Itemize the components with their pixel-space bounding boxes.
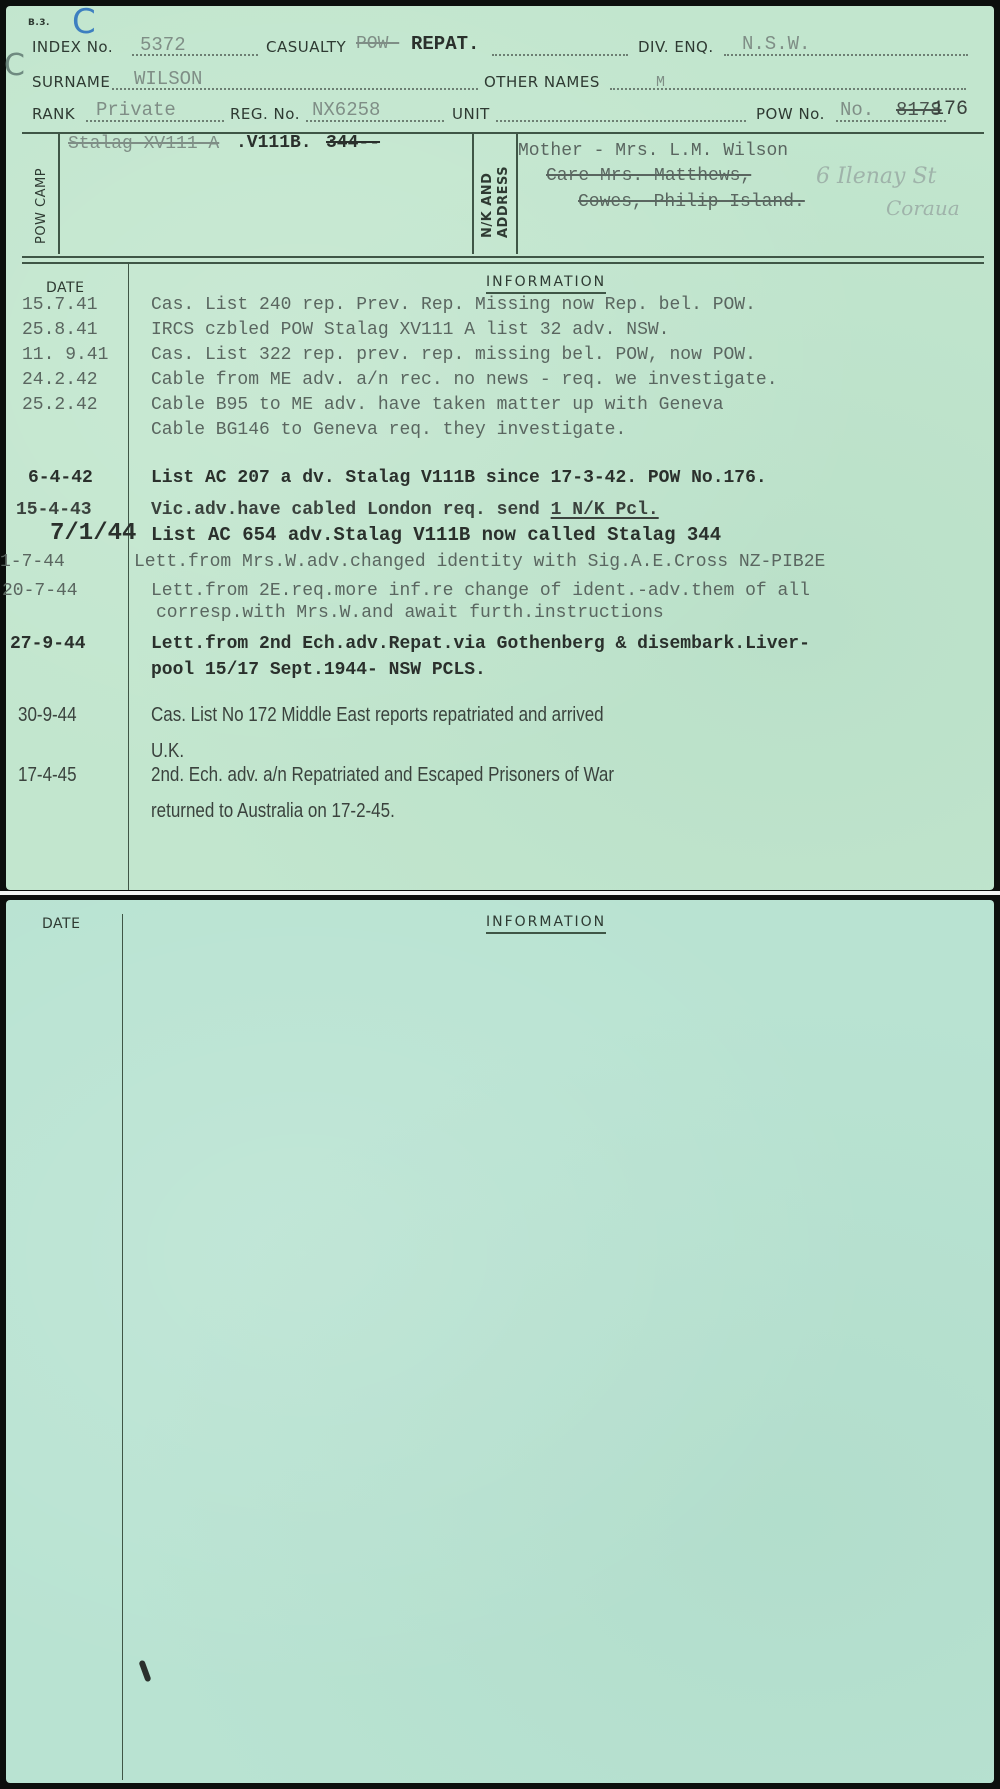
entry-info-line: 2nd. Ech. adv. a/n Repatriated and Escap… [151,764,614,787]
entry-info-line: List AC 654 adv.Stalag V111B now called … [151,524,721,546]
information-header: INFORMATION [486,914,606,934]
index-no-value: 5372 [140,34,186,56]
rank-value: Private [96,99,176,121]
nk-address-label-1: N/K AND [480,173,495,238]
entry-info-line: Cable BG146 to Geneva req. they investig… [151,420,626,440]
entry-info-line: pool 15/17 Sept.1944- NSW PCLS. [151,660,486,680]
entry-info-line: Vic.adv.have cabled London req. send 1 N… [151,500,659,520]
casualty-dotted-line [492,54,628,56]
reg-no-label: REG. No. [230,105,300,123]
entry-date: 15-4-43 [16,500,92,520]
entry-date: 24.2.42 [22,370,98,390]
entry-info-line: Cas. List 240 rep. Prev. Rep. Missing no… [151,295,756,315]
entry-info-line: Cable B95 to ME adv. have taken matter u… [151,395,724,415]
div-enq-label: DIV. ENQ. [638,38,714,56]
div-enq-value: N.S.W. [742,33,810,55]
nk-line-2-struck: Care Mrs. Matthews, [546,166,751,186]
nk-line-1: Mother - Mrs. L.M. Wilson [518,141,788,161]
entry-date: 25.8.41 [22,320,98,340]
pow-no-label: POW No. [756,105,825,123]
information-header: INFORMATION [486,274,606,294]
nk-line-3-struck: Cowes, Philip Island. [578,192,805,212]
entry-info-line: Cas. List No 172 Middle East reports rep… [151,704,604,727]
entry-info-line: IRCS czbled POW Stalag XV111 A list 32 a… [151,320,669,340]
reg-no-value: NX6258 [312,99,380,121]
casualty-label: CASUALTY [266,38,346,56]
casualty-struck-value: POW- [356,34,399,54]
form-code: B.3. [28,18,50,28]
card-separator [0,891,1000,895]
entry-info-line: Cas. List 322 rep. prev. rep. missing be… [151,345,756,365]
entry-date: 11. 9.41 [22,345,108,365]
record-card-back: DATE INFORMATION [6,900,994,1783]
casualty-value: REPAT. [411,33,479,55]
ink-blot [138,1660,151,1683]
entry-date: 25.2.42 [22,395,98,415]
unit-label: UNIT [452,105,490,123]
entry-date: 30-9-44 [18,704,77,727]
date-header: DATE [46,280,84,296]
entry-info-line: Lett.from Mrs.W.adv.changed identity wit… [134,552,825,572]
pencil-mark-c-margin: C [4,48,25,83]
pow-camp-divider [58,134,60,254]
entry-info-line: returned to Australia on 17-2-45. [151,800,395,823]
surname-value: WILSON [134,68,202,90]
nk-address-label-2: ADDRESS [496,166,511,238]
entry-date: 20-7-44 [2,581,78,601]
entry-info-line: corresp.with Mrs.W.and await furth.instr… [156,603,664,623]
pow-camp-label: POW CAMP [34,168,49,244]
pow-camp-struck-suffix: 344-- [326,133,380,153]
entry-date: 27-9-44 [10,634,86,654]
entry-date: 7/1/44 [50,520,136,547]
record-card-front: B.3. C C INDEX No. 5372 CASUALTY POW- RE… [6,6,994,890]
entry-info-line: U.K. [151,740,184,763]
entry-info-line: Lett.from 2E.req.more inf.re change of i… [151,581,810,601]
entry-date: 15.7.41 [22,295,98,315]
pencil-mark-c: C [72,2,96,42]
index-no-label: INDEX No. [32,38,113,56]
handwritten-address-line-2: Coraua [886,196,960,220]
rank-label: RANK [32,105,75,123]
date-header: DATE [42,916,80,932]
entry-info-underlined: 1 N/K Pcl. [551,500,659,520]
entry-date: 1-7-44 [0,552,65,572]
box-bottom-rule-1 [22,256,984,258]
entry-info-line: List AC 207 a dv. Stalag V111B since 17-… [151,468,767,488]
pow-camp-struck-value: Stalag-XV111-A [68,134,219,154]
date-column-divider [128,264,129,890]
handwritten-address-line-1: 6 Ilenay St [816,164,936,189]
entry-date: 6-4-42 [28,468,93,488]
address-divider-left [472,134,474,254]
entry-info-line: Lett.from 2nd Ech.adv.Repat.via Gothenbe… [151,634,810,654]
other-names-label: OTHER NAMES [484,73,600,91]
pow-camp-value: .V111B. [236,133,312,153]
surname-label: SURNAME [32,73,110,91]
entry-date: 17-4-45 [18,764,77,787]
other-names-value: M [656,74,665,91]
entry-info-text: Vic.adv.have cabled London req. send [151,500,551,520]
entry-info-line: Cable from ME adv. a/n rec. no news - re… [151,370,778,390]
box-bottom-rule-2 [22,262,984,264]
pow-no-prefix: No. [840,99,874,121]
date-column-divider [122,914,123,1780]
pow-no-value: 176 [932,98,968,121]
unit-dotted-line [496,120,746,122]
